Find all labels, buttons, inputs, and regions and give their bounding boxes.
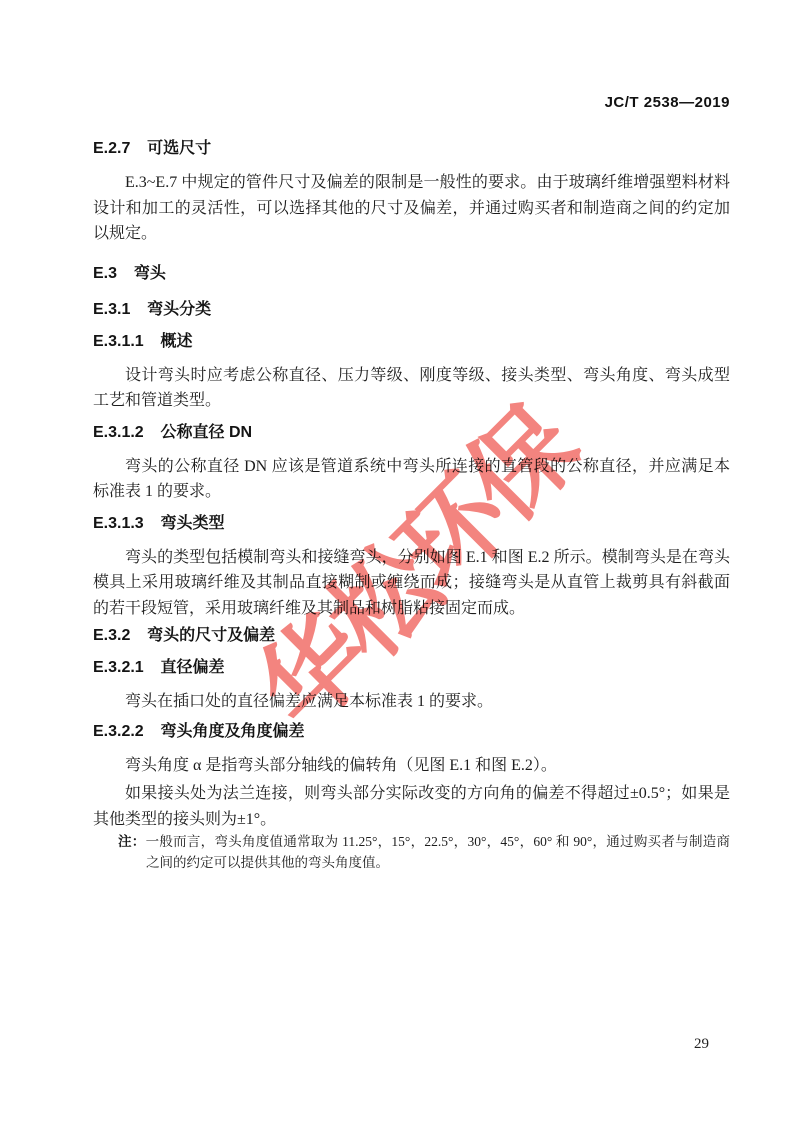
heading-E.3.1: E.3.1弯头分类 [93, 301, 730, 319]
heading-E.3.1.1: E.3.1.1概述 [93, 333, 730, 351]
page-number: 29 [694, 1036, 709, 1053]
document-page: JC/T 2538—2019 E.2.7可选尺寸E.3~E.7 中规定的管件尺寸… [0, 0, 800, 1131]
heading-title: 弯头类型 [161, 515, 225, 532]
heading-E.3: E.3弯头 [93, 265, 730, 283]
heading-number: E.3.2 [93, 627, 130, 644]
heading-number: E.3 [93, 265, 117, 282]
heading-title: 弯头 [134, 265, 166, 282]
paragraph: 弯头角度 α 是指弯头部分轴线的偏转角（见图 E.1 和图 E.2）。 [93, 753, 730, 779]
heading-number: E.3.1.3 [93, 515, 144, 532]
heading-number: E.3.1.1 [93, 333, 144, 350]
heading-title: 公称直径 DN [161, 424, 253, 441]
heading-title: 可选尺寸 [147, 140, 211, 157]
standard-code-header: JC/T 2538—2019 [605, 94, 730, 111]
heading-E.2.7: E.2.7可选尺寸 [93, 140, 730, 158]
paragraph: 弯头的类型包括模制弯头和接缝弯头，分别如图 E.1 和图 E.2 所示。模制弯头… [93, 545, 730, 622]
heading-E.3.2: E.3.2弯头的尺寸及偏差 [93, 627, 730, 645]
heading-E.3.1.2: E.3.1.2公称直径 DN [93, 424, 730, 442]
heading-number: E.3.1.2 [93, 424, 144, 441]
heading-title: 弯头分类 [147, 301, 211, 318]
note: 注：一般而言，弯头角度值通常取为 11.25°，15°，22.5°，30°，45… [118, 831, 730, 873]
paragraph: 设计弯头时应考虑公称直径、压力等级、刚度等级、接头类型、弯头角度、弯头成型工艺和… [93, 363, 730, 414]
heading-E.3.1.3: E.3.1.3弯头类型 [93, 515, 730, 533]
heading-title: 直径偏差 [161, 659, 225, 676]
heading-number: E.2.7 [93, 140, 130, 157]
document-body: E.2.7可选尺寸E.3~E.7 中规定的管件尺寸及偏差的限制是一般性的要求。由… [93, 130, 730, 873]
heading-title: 概述 [161, 333, 193, 350]
heading-number: E.3.1 [93, 301, 130, 318]
heading-E.3.2.2: E.3.2.2弯头角度及角度偏差 [93, 723, 730, 741]
heading-number: E.3.2.1 [93, 659, 144, 676]
heading-E.3.2.1: E.3.2.1直径偏差 [93, 659, 730, 677]
paragraph: E.3~E.7 中规定的管件尺寸及偏差的限制是一般性的要求。由于玻璃纤维增强塑料… [93, 170, 730, 247]
paragraph: 弯头的公称直径 DN 应该是管道系统中弯头所连接的直管段的公称直径，并应满足本标… [93, 454, 730, 505]
heading-number: E.3.2.2 [93, 723, 144, 740]
note-text: 一般而言，弯头角度值通常取为 11.25°，15°，22.5°，30°，45°，… [146, 834, 730, 870]
note-label: 注： [118, 834, 146, 849]
paragraph: 弯头在插口处的直径偏差应满足本标准表 1 的要求。 [93, 689, 730, 715]
paragraph: 如果接头处为法兰连接，则弯头部分实际改变的方向角的偏差不得超过±0.5°；如果是… [93, 781, 730, 832]
heading-title: 弯头的尺寸及偏差 [147, 627, 275, 644]
heading-title: 弯头角度及角度偏差 [161, 723, 305, 740]
